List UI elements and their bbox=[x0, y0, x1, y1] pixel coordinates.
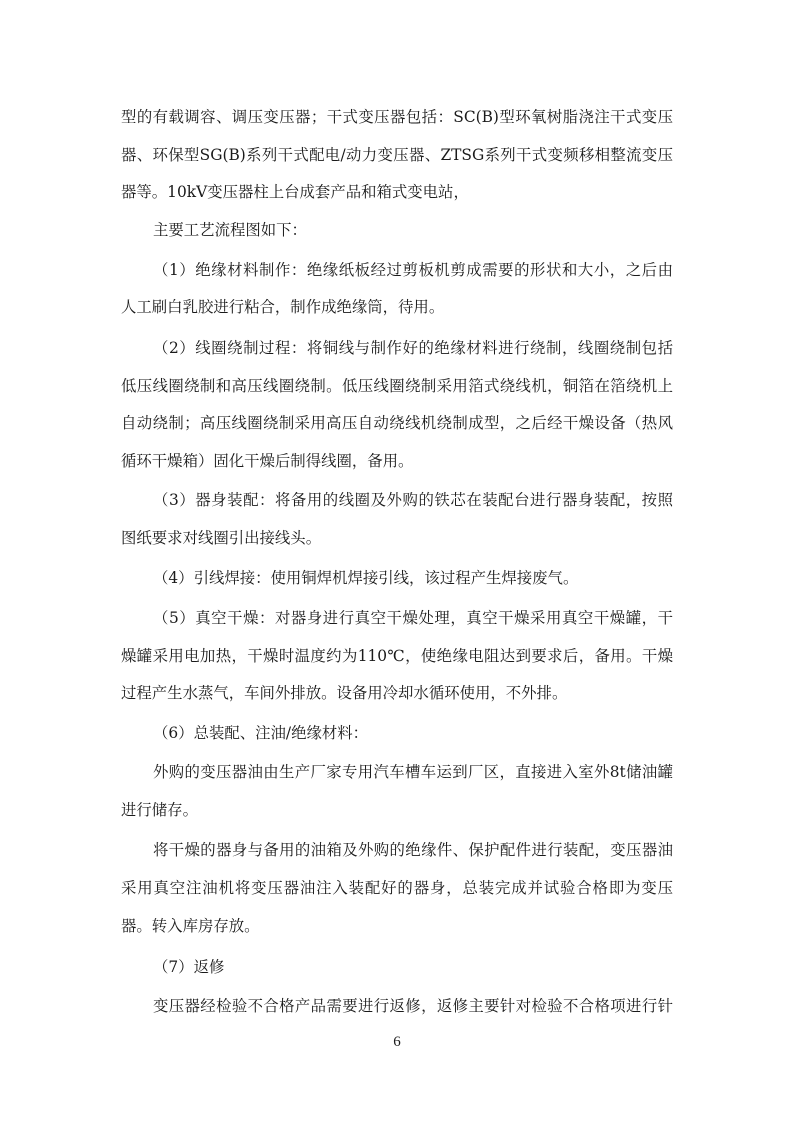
text-line: （5）真空干燥：对器身进行真空干燥处理，真空干燥采用真空干燥罐，干 bbox=[153, 608, 673, 628]
text-line: 低压线圈绕制和高压线圈绕制。低压线圈绕制采用箔式绕线机，铜箔在箔绕机上 bbox=[121, 376, 673, 396]
text-line: 图纸要求对线圈引出接线头。 bbox=[121, 528, 673, 548]
text-line: （2）线圈绕制过程：将铜线与制作好的绝缘材料进行绕制，线圈绕制包括 bbox=[153, 338, 673, 358]
text-line: 器。转入库房存放。 bbox=[121, 916, 673, 936]
text-line: 燥罐采用电加热，干燥时温度约为110℃，使绝缘电阻达到要求后，备用。干燥 bbox=[121, 646, 673, 666]
text-line: 过程产生水蒸气，车间外排放。设备用冷却水循环使用，不外排。 bbox=[121, 683, 673, 703]
document-page: 型的有载调容、调压变压器；干式变压器包括：SC(B)型环氧树脂浇注干式变压器、环… bbox=[0, 0, 794, 1123]
text-line: （6）总装配、注油/绝缘材料： bbox=[153, 723, 673, 743]
text-line: （3）器身装配：将备用的线圈及外购的铁芯在装配台进行器身装配，按照 bbox=[153, 490, 673, 510]
text-line: （4）引线焊接：使用铜焊机焊接引线，该过程产生焊接废气。 bbox=[153, 568, 673, 588]
text-line: 人工刷白乳胶进行粘合，制作成绝缘筒，待用。 bbox=[121, 297, 673, 317]
text-line: 采用真空注油机将变压器油注入装配好的器身，总装完成并试验合格即为变压 bbox=[121, 878, 673, 898]
text-line: 器、环保型SG(B)系列干式配电/动力变压器、ZTSG系列干式变频移相整流变压 bbox=[121, 145, 673, 165]
page-number: 6 bbox=[0, 1034, 794, 1051]
text-line: 外购的变压器油由生产厂家专用汽车槽车运到厂区，直接进入室外8t储油罐 bbox=[153, 762, 673, 782]
text-line: 器等。10kV变压器柱上台成套产品和箱式变电站， bbox=[121, 182, 673, 202]
text-line: 型的有载调容、调压变压器；干式变压器包括：SC(B)型环氧树脂浇注干式变压 bbox=[121, 107, 673, 127]
text-line: 变压器经检验不合格产品需要进行返修，返修主要针对检验不合格项进行针 bbox=[153, 996, 673, 1016]
text-line: 主要工艺流程图如下： bbox=[153, 220, 673, 240]
text-line: 将干燥的器身与备用的油箱及外购的绝缘件、保护配件进行装配，变压器油 bbox=[153, 840, 673, 860]
text-line: 循环干燥箱）固化干燥后制得线圈，备用。 bbox=[121, 451, 673, 471]
text-line: 自动绕制；高压线圈绕制采用高压自动绕线机绕制成型，之后经干燥设备（热风 bbox=[121, 413, 673, 433]
text-line: 进行储存。 bbox=[121, 800, 673, 820]
text-line: （7）返修 bbox=[153, 957, 673, 977]
text-line: （1）绝缘材料制作：绝缘纸板经过剪板机剪成需要的形状和大小，之后由 bbox=[153, 260, 673, 280]
